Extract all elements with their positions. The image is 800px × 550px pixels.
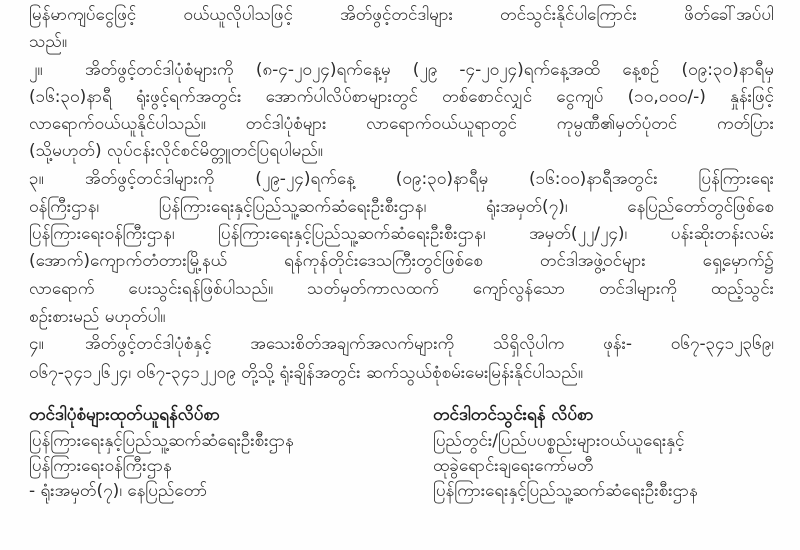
paragraph-text: အိတ်ဖွင့်တင်ဒါပုံစံနှင့် အသေးစိတ်အချက်အလ… (85, 331, 774, 357)
paragraph-number: ၃။ (29, 166, 85, 192)
paragraph-2-line: လာရောက်ဝယ်ယူနိုင်ပါသည်။ တင်ဒါပုံစံများ လ… (29, 111, 774, 137)
submission-address-line: ပြန်ကြားရေးနှင့်ပြည်သူ့ဆက်ဆံရေးဦးစီးဌာန (433, 479, 778, 504)
paragraph-number: ၂။ (29, 57, 85, 83)
paragraph-3-line: ပြန်ကြားရေးဝန်ကြီးဌာန၊ ပြန်ကြားရေးနှင့်ပ… (29, 221, 774, 247)
purchase-address-line: ပြန်ကြားရေးနှင့်ပြည်သူ့ဆက်ဆံရေးဦးစီးဌာန (29, 429, 409, 454)
intro-line-2: သည်။ (29, 29, 774, 55)
intro-line-1: မြန်မာကျပ်ငွေဖြင့် ဝယ်ယူလိုပါသဖြင့် အိတ်… (29, 2, 774, 28)
paragraph-text: အိတ်ဖွင့်တင်ဒါများကို (၂၉-၂၄)ရက်နေ့ (၀၉:… (85, 166, 774, 192)
paragraph-2-line: (သို့မဟုတ်) လုပ်ငန်းလိုင်စင်မိတ္တူတင်ပြရ… (29, 138, 774, 164)
paragraph-3-line: လာရောက် ပေးသွင်းရန်ဖြစ်ပါသည်။ သတ်မှတ်ကာလ… (29, 276, 774, 302)
paragraph-text: အိတ်ဖွင့်တင်ဒါပုံစံများကို (၈-၄-၂၀၂၄)ရက်… (85, 57, 774, 83)
paragraph-3-line: စဉ်းစားမည် မဟုတ်ပါ။ (29, 304, 774, 330)
paragraph-2-line: (၁၆:၃၀)နာရီ ရုံးဖွင့်ရက်အတွင်း အောက်ပါလိ… (29, 84, 774, 110)
document-page: မြန်မာကျပ်ငွေဖြင့် ဝယ်ယူလိုပါသဖြင့် အိတ်… (0, 0, 800, 550)
paragraph-4-first-line: ၄။ အိတ်ဖွင့်တင်ဒါပုံစံနှင့် အသေးစိတ်အချက… (29, 331, 774, 357)
paragraph-number: ၄။ (29, 331, 85, 357)
purchase-address-line: ပြန်ကြားရေးဝန်ကြီးဌာန (29, 454, 409, 479)
submission-address-heading: တင်ဒါတင်သွင်းရန် လိပ်စာ (433, 402, 778, 429)
paragraph-3-line: ဝန်ကြီးဌာန၊ ပြန်ကြားရေးနှင့်ပြည်သူ့ဆက်ဆံ… (29, 194, 774, 220)
submission-address-line: ထုခွဲရောင်းချရေးကော်မတီ (433, 454, 778, 479)
purchase-address-heading: တင်ဒါပုံစံများထုတ်ယူရန်လိပ်စာ (29, 402, 409, 429)
paragraph-2-first-line: ၂။ အိတ်ဖွင့်တင်ဒါပုံစံများကို (၈-၄-၂၀၂၄)… (29, 57, 774, 83)
submission-address-line: ပြည်တွင်း/ပြည်ပပစ္စည်းများဝယ်ယူရေးနှင့် (433, 429, 778, 454)
paragraph-3-line: (အောက်)ကျောက်တံတားမြို့နယ် ရန်ကုန်တိုင်း… (29, 248, 774, 274)
paragraph-4-line: ၀၆၇-၃၄၁၂၆၂၄၊ ၀၆၇-၃၄၁၂၂၀၉ တို့သို့ ရုံးချ… (29, 360, 774, 386)
submission-address-block: တင်ဒါတင်သွင်းရန် လိပ်စာ ပြည်တွင်း/ပြည်ပပ… (433, 402, 778, 504)
purchase-address-line: - ရုံးအမှတ်(၇)၊ နေပြည်တော် (29, 479, 409, 504)
paragraph-3-first-line: ၃။ အိတ်ဖွင့်တင်ဒါများကို (၂၉-၂၄)ရက်နေ့ (… (29, 166, 774, 192)
purchase-address-block: တင်ဒါပုံစံများထုတ်ယူရန်လိပ်စာ ပြန်ကြားရေ… (29, 402, 409, 504)
